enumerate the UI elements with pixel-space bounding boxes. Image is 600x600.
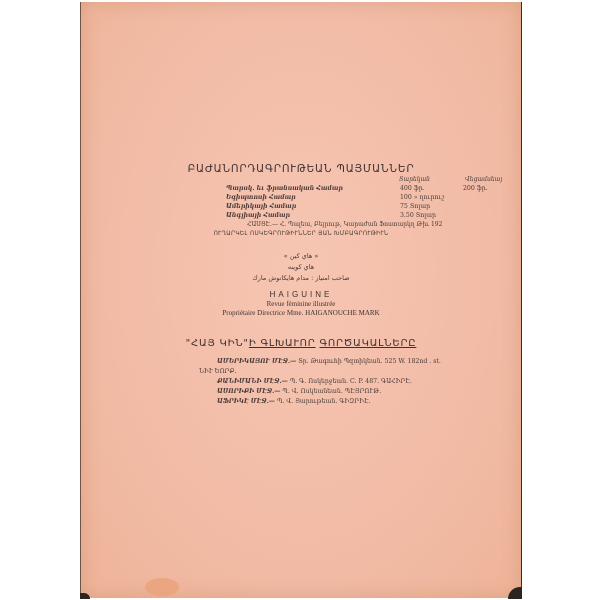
agent-details: ՆԻՒ ԵՈՐՔ. — [199, 368, 237, 375]
agents-title-prefix: "ՀԱՅ ԿԻՆ" — [186, 338, 249, 349]
arabic-title: « هاي كين » — [81, 252, 521, 260]
price-row: Անգլիայի Համար 3.50 Տոլար — [81, 212, 521, 221]
agents-title-rest: ԳՈՐԾԱԿԱԼՆԵՐԸ — [319, 338, 416, 349]
price-label: Եգիպտոսի Համար — [226, 194, 296, 201]
price-label: Անգլիայի Համար — [226, 212, 290, 219]
address-line: ՀԱՍՑԷ.— Հ. Պալեա, Բեյրութ, Կարաժան Ֆոստա… — [247, 221, 442, 228]
paper-stain — [145, 578, 179, 596]
agent-city: ԱՍՈՐԻՔԻ ՄԷՋ.— — [217, 388, 280, 395]
french-magazine-name: HAIGUINE — [81, 290, 521, 299]
agent-details: Պ. Վ. Յարութեան. ԳԻԶՐԻԷ. — [277, 398, 371, 405]
magazine-back-cover: ԲԱԺԱՆՈՐԴԱԳՐՈՒԹԵԱՆ ՊԱՅՄԱՆՆԵՐ Տարեկան Վեցա… — [80, 2, 522, 598]
agent-city: ԱՄԵՐԻԿԱՅՈՒ ՄԷՋ.— — [217, 358, 296, 365]
price-annual: 3.50 Տոլար — [400, 212, 436, 219]
agent-entry: ՔԱՆԻՄԱՆԻ ՄԷՋ.— Պ. Գ. Ոսկերջեան. C. P. 48… — [217, 378, 412, 385]
price-row: Ամերիկայի Համար 75 Տոլար — [81, 203, 521, 212]
semiannual-column-header: Վեցամսեայ — [465, 176, 502, 183]
agent-entry: ՆԻՒ ԵՈՐՔ. — [199, 368, 237, 375]
torn-corner — [80, 593, 90, 599]
arabic-owner: صاحب امتياز : مدام هايكانوش مارك — [81, 274, 521, 282]
agent-city: ԱՖՐԻԿԷ ՄԷՋ.— — [217, 398, 275, 405]
arabic-name: هاي كوينه — [81, 263, 521, 271]
contributions-line: ՈՒՂԱՐԿԵԼ ՈՍԿԵԳՐՈՒԹԻՒՆՆԵՐ ՅԱՆ ԽՄԲԱԳՐՈՒԹԻՒ… — [81, 231, 521, 237]
torn-corner — [508, 587, 522, 599]
price-row: Եգիպտոսի Համար 100 » ղուրուշ — [81, 194, 521, 203]
subscription-title: ԲԱԺԱՆՈՐԴԱԳՐՈՒԹԵԱՆ ՊԱՅՄԱՆՆԵՐ — [81, 163, 521, 175]
annual-column-header: Տարեկան — [399, 176, 430, 183]
agent-details: Տր. Թագուհի Պզտիկեան. 525 W. 182nd . st. — [298, 358, 441, 365]
price-annual: 75 Տոլար — [400, 203, 430, 210]
price-label: Ամերիկայի Համար — [226, 203, 296, 210]
price-annual: 100 » ղուրուշ — [400, 194, 444, 201]
agents-title-mid: Ի ԳԼԽԱՒՈՐ — [249, 338, 316, 349]
agent-entry: ԱՄԵՐԻԿԱՅՈՒ ՄԷՋ.— Տր. Թագուհի Պզտիկեան. 5… — [217, 358, 441, 365]
agent-entry: ԱՖՐԻԿԷ ՄԷՋ.— Պ. Վ. Յարութեան. ԳԻԶՐԻԷ. — [217, 398, 371, 405]
price-annual: 400 ֆր. — [400, 185, 425, 192]
price-semiannual: 200 ֆր. — [463, 185, 488, 192]
price-label: Պարսկ. եւ ֆրանսական Համար — [226, 185, 343, 192]
agent-entry: ԱՍՈՐԻՔԻ ՄԷՋ.— Պ. Վ. Ոսկեանեան. ՊԷՅՐՈՒԹ. — [217, 388, 381, 395]
french-owner: Propriétaire Directrice Mme. HAIGANOUCHE… — [81, 309, 521, 317]
agent-details: Պ. Վ. Ոսկեանեան. ՊԷՅՐՈՒԹ. — [282, 388, 381, 395]
price-row: Պարսկ. եւ ֆրանսական Համար 400 ֆր. 200 ֆր… — [81, 185, 521, 194]
agent-details: Պ. Գ. Ոսկերջեան. C. P. 487. ԳԱՀԻՐԷ. — [290, 378, 412, 385]
agents-title: "ՀԱՅ ԿԻՆ"Ի ԳԼԽԱՒՈՐ ԳՈՐԾԱԿԱԼՆԵՐԸ — [81, 338, 521, 349]
agent-city: ՔԱՆԻՄԱՆԻ ՄԷՋ.— — [217, 378, 288, 385]
french-subtitle: Revue féminine illustrée — [81, 300, 521, 308]
